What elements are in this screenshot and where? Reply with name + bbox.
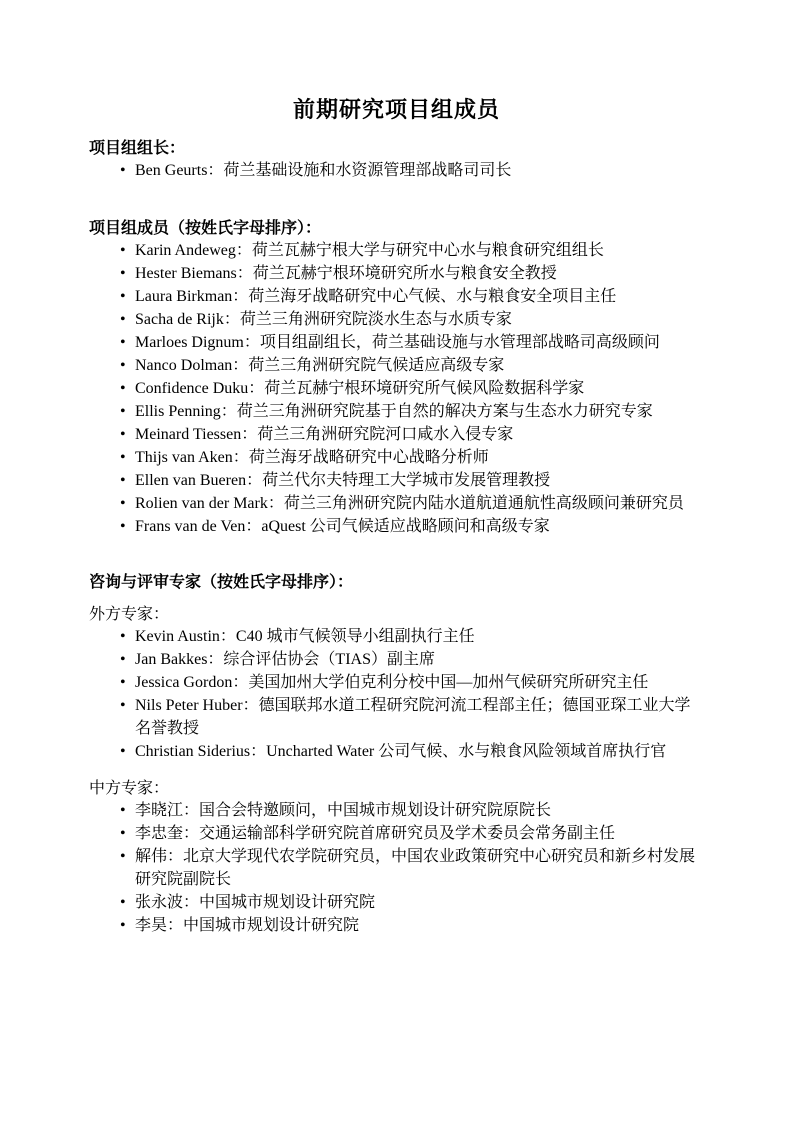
list-item-text: Rolien van der Mark：荷兰三角洲研究院内陆水道航道通航性高级顾… <box>135 495 684 512</box>
list-item-text: 张永波：中国城市规划设计研究院 <box>135 894 375 911</box>
section-heading-leader: 项目组组长： <box>89 138 704 159</box>
list-item: Meinard Tiessen：荷兰三角洲研究院河口咸水入侵专家 <box>135 423 695 446</box>
chinese-experts-label: 中方专家： <box>89 778 704 799</box>
list-item: Ellen van Bueren：荷兰代尔夫特理工大学城市发展管理教授 <box>135 469 695 492</box>
list-item: Jessica Gordon：美国加州大学伯克利分校中国—加州气候研究所研究主任 <box>135 671 695 694</box>
list-item: Thijs van Aken：荷兰海牙战略研究中心战略分析师 <box>135 446 695 469</box>
document-page: 前期研究项目组成员 项目组组长： Ben Geurts：荷兰基础设施和水资源管理… <box>0 0 794 1123</box>
list-item: Kevin Austin：C40 城市气候领导小组副执行主任 <box>135 625 695 648</box>
leader-list: Ben Geurts：荷兰基础设施和水资源管理部战略司司长 <box>89 159 704 182</box>
list-item-text: Nils Peter Huber：德国联邦水道工程研究院河流工程部主任；德国亚琛… <box>135 697 691 737</box>
members-list: Karin Andeweg：荷兰瓦赫宁根大学与研究中心水与粮食研究组组长 Hes… <box>89 239 704 538</box>
list-item: Karin Andeweg：荷兰瓦赫宁根大学与研究中心水与粮食研究组组长 <box>135 239 695 262</box>
list-item-text: Kevin Austin：C40 城市气候领导小组副执行主任 <box>135 628 475 645</box>
list-item: 李晓江：国合会特邀顾问，中国城市规划设计研究院原院长 <box>135 799 695 822</box>
list-item-text: Jan Bakkes：综合评估协会（TIAS）副主席 <box>135 651 435 668</box>
list-item-text: Jessica Gordon：美国加州大学伯克利分校中国—加州气候研究所研究主任 <box>135 674 648 691</box>
list-item-text: Karin Andeweg：荷兰瓦赫宁根大学与研究中心水与粮食研究组组长 <box>135 242 604 259</box>
list-item: Hester Biemans：荷兰瓦赫宁根环境研究所水与粮食安全教授 <box>135 262 695 285</box>
list-item: Ellis Penning：荷兰三角洲研究院基于自然的解决方案与生态水力研究专家 <box>135 400 695 423</box>
list-item-text: Nanco Dolman：荷兰三角洲研究院气候适应高级专家 <box>135 357 504 374</box>
list-item: Nanco Dolman：荷兰三角洲研究院气候适应高级专家 <box>135 354 695 377</box>
list-item: Sacha de Rijk：荷兰三角洲研究院淡水生态与水质专家 <box>135 308 695 331</box>
list-item-text: 李忠奎：交通运输部科学研究院首席研究员及学术委员会常务副主任 <box>135 825 615 842</box>
list-item: Frans van de Ven：aQuest 公司气候适应战略顾问和高级专家 <box>135 515 695 538</box>
list-item: 解伟：北京大学现代农学院研究员，中国农业政策研究中心研究员和新乡村发展研究院副院… <box>135 845 695 891</box>
list-item-text: Ellis Penning：荷兰三角洲研究院基于自然的解决方案与生态水力研究专家 <box>135 403 653 420</box>
foreign-experts-label: 外方专家： <box>89 604 704 625</box>
list-item-text: Thijs van Aken：荷兰海牙战略研究中心战略分析师 <box>135 449 489 466</box>
list-item: 张永波：中国城市规划设计研究院 <box>135 891 695 914</box>
list-item-text: Laura Birkman：荷兰海牙战略研究中心气候、水与粮食安全项目主任 <box>135 288 616 305</box>
list-item: Marloes Dignum：项目组副组长，荷兰基础设施与水管理部战略司高级顾问 <box>135 331 695 354</box>
list-item: Rolien van der Mark：荷兰三角洲研究院内陆水道航道通航性高级顾… <box>135 492 695 515</box>
section-heading-members: 项目组成员（按姓氏字母排序）： <box>89 218 704 239</box>
list-item-text: Confidence Duku：荷兰瓦赫宁根环境研究所气候风险数据科学家 <box>135 380 584 397</box>
chinese-experts-list: 李晓江：国合会特邀顾问，中国城市规划设计研究院原院长 李忠奎：交通运输部科学研究… <box>89 799 704 937</box>
document-title: 前期研究项目组成员 <box>89 96 704 124</box>
list-item: 李昊：中国城市规划设计研究院 <box>135 914 695 937</box>
list-item: Ben Geurts：荷兰基础设施和水资源管理部战略司司长 <box>135 159 695 182</box>
list-item-text: Marloes Dignum：项目组副组长，荷兰基础设施与水管理部战略司高级顾问 <box>135 334 660 351</box>
list-item-text: Frans van de Ven：aQuest 公司气候适应战略顾问和高级专家 <box>135 518 550 535</box>
list-item: Confidence Duku：荷兰瓦赫宁根环境研究所气候风险数据科学家 <box>135 377 695 400</box>
list-item-text: 解伟：北京大学现代农学院研究员，中国农业政策研究中心研究员和新乡村发展研究院副院… <box>135 848 695 888</box>
list-item-text: Ellen van Bueren：荷兰代尔夫特理工大学城市发展管理教授 <box>135 472 550 489</box>
list-item-text: Christian Siderius：Uncharted Water 公司气候、… <box>135 743 666 760</box>
list-item: Laura Birkman：荷兰海牙战略研究中心气候、水与粮食安全项目主任 <box>135 285 695 308</box>
list-item: Jan Bakkes：综合评估协会（TIAS）副主席 <box>135 648 695 671</box>
list-item-text: Ben Geurts：荷兰基础设施和水资源管理部战略司司长 <box>135 162 511 179</box>
list-item-text: Meinard Tiessen：荷兰三角洲研究院河口咸水入侵专家 <box>135 426 513 443</box>
foreign-experts-list: Kevin Austin：C40 城市气候领导小组副执行主任 Jan Bakke… <box>89 625 704 763</box>
list-item: Nils Peter Huber：德国联邦水道工程研究院河流工程部主任；德国亚琛… <box>135 694 695 740</box>
list-item: Christian Siderius：Uncharted Water 公司气候、… <box>135 740 695 763</box>
list-item: 李忠奎：交通运输部科学研究院首席研究员及学术委员会常务副主任 <box>135 822 695 845</box>
section-heading-advisors: 咨询与评审专家（按姓氏字母排序）： <box>89 572 704 593</box>
list-item-text: 李昊：中国城市规划设计研究院 <box>135 917 359 934</box>
list-item-text: Hester Biemans：荷兰瓦赫宁根环境研究所水与粮食安全教授 <box>135 265 557 282</box>
list-item-text: Sacha de Rijk：荷兰三角洲研究院淡水生态与水质专家 <box>135 311 512 328</box>
list-item-text: 李晓江：国合会特邀顾问，中国城市规划设计研究院原院长 <box>135 802 551 819</box>
